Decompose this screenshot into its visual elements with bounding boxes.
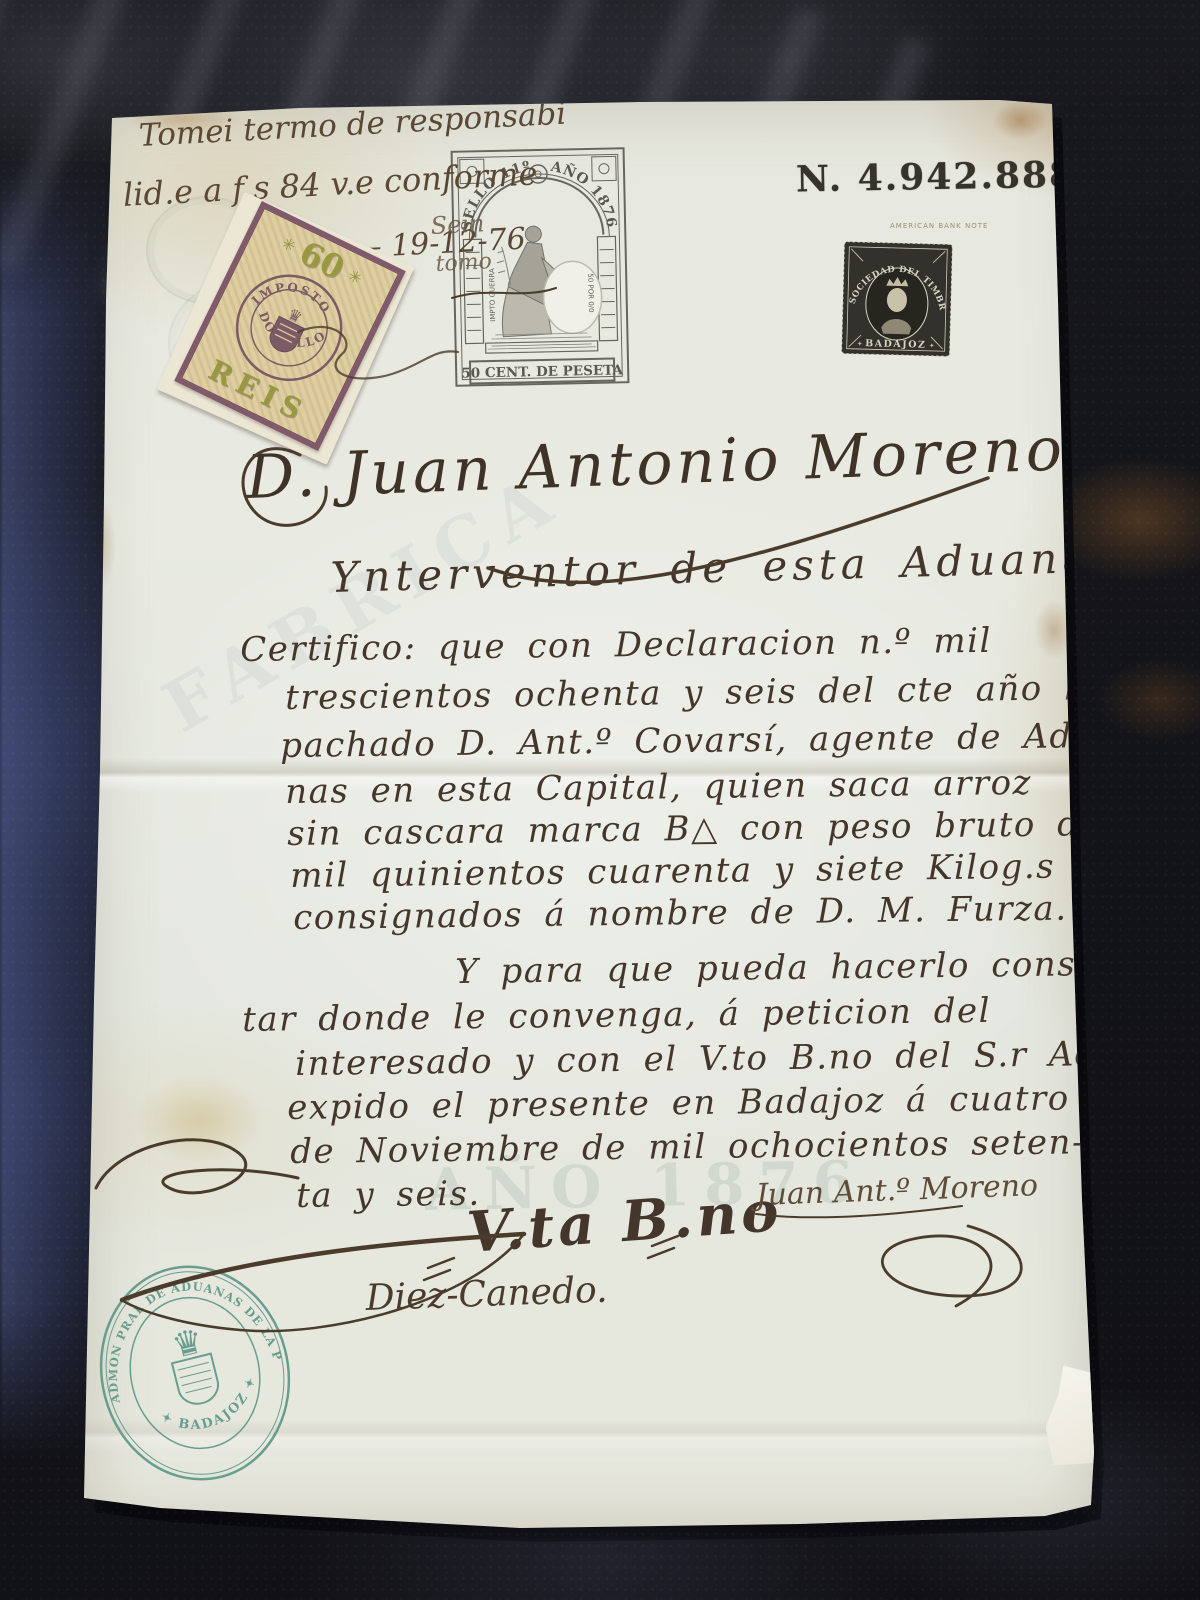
serial-number: N. 4.942.888 (796, 154, 1077, 201)
rosette-icon: ✳ (279, 233, 299, 256)
fiscal-side-left-text: IMPTO GUERRA (488, 268, 497, 322)
body-line: consignados á nombre de D. M. Furza. (293, 889, 1068, 938)
foxing-stain (992, 100, 1048, 140)
printer-imprint: AMERICAN BANK NOTE (890, 222, 988, 230)
body-line: nas en esta Capital, quien saca arroz (285, 763, 1032, 812)
fiscal-denomination-text: 50 CENT. DE PESETA (461, 362, 623, 381)
annotation-fragment: tomo (435, 249, 492, 277)
body-line: mil quinientos cuarenta y siete Kilog.s (290, 847, 1055, 896)
signature-diez-canedo: Diez-Canedo. (365, 1270, 608, 1319)
timbre-star-left: ✦ (857, 340, 863, 348)
timbre-city-text: BADAJOZ (865, 338, 926, 351)
customs-oval-seal: ADMON PRAL DE ADUANAS DE LA PROVA ✦ BADA… (70, 1237, 320, 1509)
body-line: tar donde le convenga, á peticion del (242, 991, 991, 1040)
body-line: trescientos ochenta y seis del cte año h… (285, 667, 1200, 718)
body-line: Y para que pueda hacerlo cons- (455, 944, 1089, 992)
body-line: ta y seis. (296, 1174, 481, 1216)
yellow-stain (134, 1075, 264, 1165)
svg-text:✦ BADAJOZ ✦: ✦ BADAJOZ ✦ (152, 1371, 270, 1443)
body-line: de Noviembre de mil ochocientos seten- (290, 1122, 1085, 1172)
fiscal-side-right-text: 50 POR 0/0 (586, 273, 595, 312)
body-line: interesado y con el V.to B.no del S.r Ad… (295, 1033, 1172, 1084)
seal-ring-bottom-text: ✦ BADAJOZ ✦ (152, 1371, 270, 1443)
timbre-star-right: ✦ (929, 342, 935, 350)
manuscript-title: D. Juan Antonio Moreno. (245, 414, 1089, 513)
body-line: sin cascara marca B△ con peso bruto de (287, 804, 1102, 854)
photo-scene: AÑO 1876 FABRICA Tomei termo de responsa… (0, 0, 1200, 1600)
rosette-icon: ✳ (345, 265, 365, 288)
document-paper: AÑO 1876 FABRICA Tomei termo de responsa… (84, 100, 1094, 1528)
annotation-fragment: Sein (430, 209, 485, 240)
body-line: Certifico: que con Declaracion n.º mil (240, 621, 992, 670)
body-line: expido el presente en Badajoz á cuatro (287, 1078, 1070, 1128)
sociedad-del-timbre-stamp: SOCIEDAD DEL TIMBRE BADAJOZ ✦ ✦ (841, 241, 954, 358)
